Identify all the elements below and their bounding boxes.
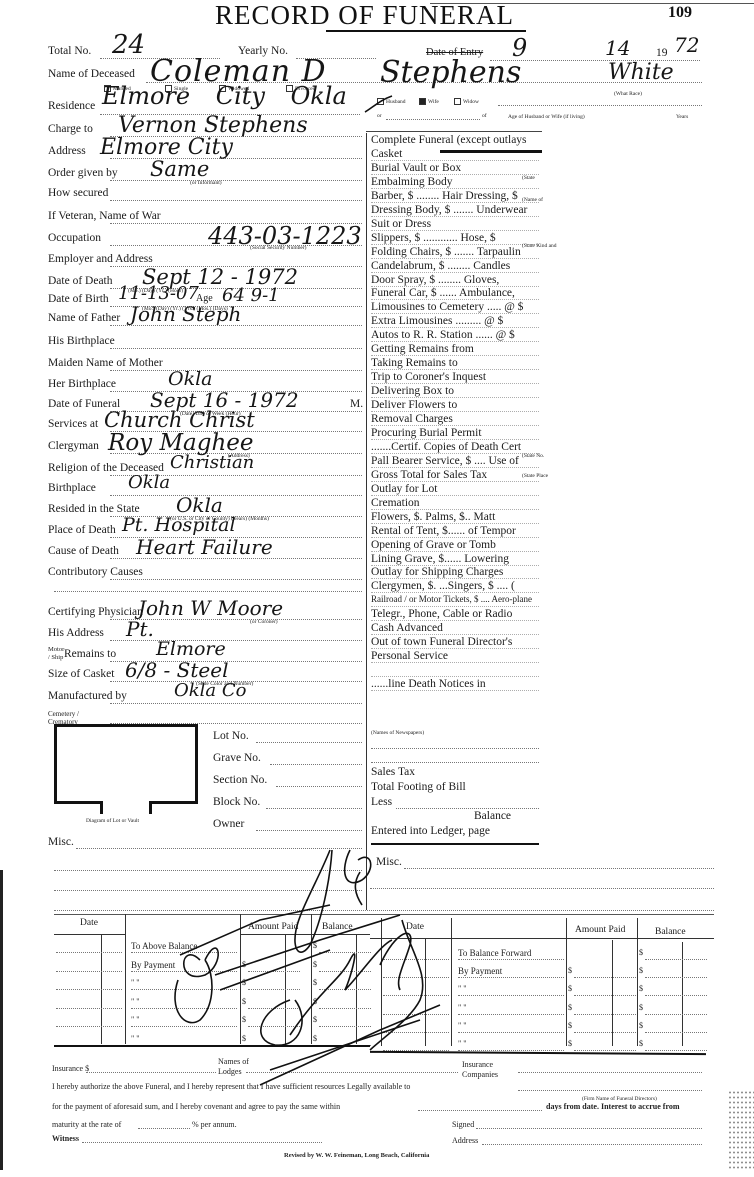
block-no-field[interactable] (266, 808, 362, 809)
ledger-amount-field[interactable] (319, 1026, 371, 1027)
field-value[interactable]: Pt. (126, 617, 154, 641)
lodges-field[interactable] (246, 1072, 458, 1073)
charge-item: Slippers, $ ............ Hose, $ (371, 232, 496, 244)
charge-item: Dressing Body, $ ....... Underwear (371, 204, 527, 216)
lot-diagram-edge (100, 801, 103, 814)
charge-item: Delivering Box to (371, 385, 454, 397)
ledger-date-field[interactable] (131, 1026, 237, 1027)
authorization-line-1: I hereby authorize the above Funeral, an… (52, 1082, 410, 1091)
misc-line[interactable] (54, 870, 362, 871)
owner-field[interactable] (256, 830, 362, 831)
field-line[interactable] (54, 591, 362, 592)
field-label: Services at (48, 418, 98, 430)
ledger-date-field[interactable] (56, 989, 122, 990)
ledger-amount-field[interactable] (574, 1050, 636, 1051)
ledger-amount-field[interactable] (319, 1008, 371, 1009)
charge-line[interactable] (371, 355, 539, 356)
currency-sign: $ (639, 948, 643, 957)
charge-item: Lining Grave, $...... Lowering (371, 553, 509, 565)
ledger-right-date-header: Date (406, 922, 424, 932)
field-label: Manufactured by (48, 690, 127, 702)
ledger-row-label: By Payment (458, 966, 502, 976)
companies-label: Insurance Companies (462, 1060, 522, 1080)
currency-sign: $ (639, 966, 643, 975)
ledger-date-field[interactable] (383, 1014, 449, 1015)
lodges-label: Names of Lodges (218, 1057, 258, 1077)
charge-item: Barber, $ ........ Hair Dressing, $ (371, 190, 518, 202)
charge-item: Railroad / or Motor Tickets, $ .... Aero… (371, 594, 532, 604)
lot-diagram (54, 724, 198, 804)
charge-line[interactable] (371, 495, 539, 496)
charge-line[interactable] (371, 202, 539, 203)
insurance-field[interactable] (86, 1072, 216, 1073)
charge-item: ......line Death Notices in (371, 678, 486, 690)
currency-sign: $ (313, 941, 317, 950)
charge-item: Personal Service (371, 650, 448, 662)
complete-funeral-underline (440, 150, 542, 153)
charge-item: Pall Bearer Service, $ .... Use of (371, 455, 519, 467)
field-line[interactable] (110, 703, 362, 704)
ledger-amount-field[interactable] (574, 995, 636, 996)
authorization-line-2: for the payment of aforesaid sum, and I … (52, 1102, 340, 1111)
ledger-date-field[interactable] (131, 952, 237, 953)
charge-line[interactable] (371, 425, 539, 426)
ledger-col (682, 942, 683, 1046)
field-line[interactable] (110, 495, 362, 496)
charge-item: Opening of Grave or Tomb (371, 539, 496, 551)
charge-item: Rental of Tent, $...... of Tempor (371, 525, 516, 537)
residence-value[interactable]: Elmore City Okla (102, 82, 347, 110)
ledger-top-rule (54, 914, 714, 915)
checkbox-checked[interactable] (419, 98, 426, 105)
spouse-age-caption: Age of Husband or Wife (if living) (508, 114, 585, 120)
charge-item: Outlay for Lot (371, 483, 437, 495)
witness-field[interactable] (82, 1142, 322, 1143)
authorization-line-3: days from date. Interest to accrue from (546, 1102, 680, 1111)
field-caption: (or Informant) (190, 180, 222, 186)
field-label: His Birthplace (48, 335, 115, 347)
ledger-bottom-rule (370, 1051, 706, 1055)
field-label: Her Birthplace (48, 378, 116, 390)
charge-item: Candelabrum, $ ........ Candles (371, 260, 510, 272)
charge-line[interactable] (371, 551, 539, 552)
field-label: Occupation (48, 232, 101, 244)
charge-item: Clergymen, $. ...Singers, $ .... ( (371, 580, 515, 592)
signed-field[interactable] (476, 1128, 702, 1129)
charge-line[interactable] (371, 634, 539, 635)
ledger-row-label: " " (131, 978, 140, 987)
charge-item: Burial Vault or Box (371, 162, 461, 174)
currency-sign: $ (313, 1034, 317, 1043)
field-label: Cause of Death (48, 545, 119, 557)
ledger-amount-field[interactable] (645, 1032, 707, 1033)
charge-item: Out of town Funeral Director's (371, 636, 512, 648)
ledger-row-label: " " (458, 984, 467, 993)
spouse-widow[interactable]: Widow (454, 96, 479, 105)
currency-sign: $ (313, 960, 317, 969)
field-value[interactable]: Same (150, 157, 209, 181)
authorization-line-4: maturity at the rate of (52, 1120, 121, 1129)
field-label: Maiden Name of Mother (48, 357, 163, 369)
ledger-date-field[interactable] (458, 1014, 564, 1015)
field-label: Charge to (48, 123, 93, 135)
panel-divider (366, 850, 367, 910)
charge-line[interactable] (371, 620, 539, 621)
currency-sign: $ (242, 1015, 246, 1024)
ledger-header-rule (370, 938, 714, 939)
name-label: Name of Deceased (48, 68, 135, 80)
charge-item: .......Certif. Copies of Death Cert (371, 441, 521, 453)
field-value[interactable]: Church Christ (104, 408, 255, 432)
ledger-amount-field[interactable] (645, 995, 707, 996)
ledger-row-label: By Payment (131, 960, 175, 970)
charge-line[interactable] (371, 369, 539, 370)
revised-by: Revised by W. W. Feineman, Long Beach, C… (284, 1152, 429, 1159)
ledger-amount-field[interactable] (248, 989, 300, 990)
field-label: Address (48, 145, 86, 157)
lot-no-label: Lot No. (213, 730, 249, 742)
ledger-col (425, 938, 426, 1046)
charge-caption: (State No. (522, 453, 544, 459)
charge-line[interactable] (371, 592, 539, 593)
charge-line[interactable] (371, 174, 539, 175)
field-label: Name of Father (48, 312, 120, 324)
charge-line[interactable] (371, 662, 539, 663)
charge-line[interactable] (371, 383, 539, 384)
ledger-amount-field[interactable] (248, 1026, 300, 1027)
spouse-wife[interactable]: Wife (419, 96, 439, 105)
balance-label: Balance (474, 810, 511, 822)
ledger-row-label: " " (131, 1034, 140, 1043)
charge-item: Trip to Coroner's Inquest (371, 371, 486, 383)
ledger-amount-field[interactable] (574, 1014, 636, 1015)
misc-line[interactable] (54, 890, 362, 891)
newspapers-caption: (Names of Newspapers) (371, 730, 424, 736)
field-label: Order given by (48, 167, 118, 179)
currency-sign: $ (242, 1034, 246, 1043)
charge-item: Door Spray, $ ........ Gloves, (371, 274, 499, 286)
charge-item: Removal Charges (371, 413, 453, 425)
field-line[interactable] (110, 579, 362, 580)
ledger-amount-field[interactable] (248, 1008, 300, 1009)
ledger-row-label: " " (458, 1021, 467, 1030)
misc-right-line[interactable] (370, 888, 714, 889)
page-number: 109 (668, 4, 692, 22)
companies-field[interactable] (518, 1072, 702, 1073)
field-value[interactable]: Christian (170, 452, 254, 473)
charge-line[interactable] (371, 467, 539, 468)
charge-line[interactable] (371, 160, 539, 161)
checkbox[interactable] (454, 98, 461, 105)
charge-line[interactable] (371, 341, 539, 342)
lot-no-field[interactable] (256, 742, 362, 743)
charge-item: Gross Total for Sales Tax (371, 469, 487, 481)
field-value[interactable]: Pt. Hospital (122, 514, 236, 536)
charge-caption: (Name of (522, 197, 543, 203)
less-label: Less (371, 796, 392, 808)
ledger-header-rule (240, 934, 370, 935)
ledger-date-field[interactable] (131, 1008, 237, 1009)
grave-no-label: Grave No. (213, 752, 261, 764)
grave-no-field[interactable] (270, 764, 362, 765)
ledger-right-balance-header: Balance (655, 927, 686, 937)
ledger-amount-field[interactable] (248, 971, 300, 972)
charge-item: Cash Advanced (371, 622, 443, 634)
ledger-row-label: " " (131, 997, 140, 1006)
spouse-of: of (482, 113, 487, 119)
currency-sign: $ (313, 997, 317, 1006)
charge-item: Autos to R. R. Station ...... @ $ (371, 329, 515, 341)
ledger-amount-field[interactable] (319, 971, 371, 972)
section-no-field[interactable] (276, 786, 362, 787)
ledger-date-field[interactable] (458, 995, 564, 996)
currency-sign: $ (639, 984, 643, 993)
ledger-row-label: To Above Balance (131, 941, 197, 951)
director-field[interactable] (518, 1090, 702, 1091)
address-label: Address (452, 1136, 478, 1145)
currency-sign: $ (568, 1003, 572, 1012)
total-footing-label: Total Footing of Bill (371, 781, 466, 793)
ledger-amount-field[interactable] (645, 959, 707, 960)
charge-line[interactable] (371, 453, 539, 454)
ledger-date-field[interactable] (383, 977, 449, 978)
ledger-date-field[interactable] (383, 959, 449, 960)
charge-line[interactable] (371, 272, 539, 273)
witness-label: Witness (52, 1134, 79, 1143)
entry-year[interactable]: 72 (674, 33, 699, 57)
days-field[interactable] (418, 1110, 542, 1111)
ledger-date-field[interactable] (458, 959, 564, 960)
ledger-page-label: Entered into Ledger, page (371, 825, 490, 837)
owner-label: Owner (213, 818, 244, 830)
ledger-date-field[interactable] (131, 989, 237, 990)
currency-sign: $ (313, 978, 317, 987)
charge-line[interactable] (371, 523, 539, 524)
less-line[interactable] (396, 808, 539, 809)
field-value[interactable]: 11-13-07 (118, 283, 199, 304)
charge-item: Deliver Flowers to (371, 399, 457, 411)
title-underline (326, 30, 526, 32)
charge-caption: (State (522, 175, 535, 181)
charge-line[interactable] (371, 258, 539, 259)
ledger-left-date-header: Date (80, 918, 98, 928)
charge-item: Funeral Car, $ ...... Ambulance, (371, 287, 515, 299)
field-line[interactable] (110, 180, 362, 181)
spouse-extra-line[interactable] (498, 105, 702, 106)
ledger-row-label: To Balance Forward (458, 948, 531, 958)
currency-sign: $ (639, 1021, 643, 1030)
ledger-rule (371, 843, 539, 845)
field-value[interactable]: John W Moore (138, 596, 283, 620)
field-value[interactable]: Okla (168, 368, 213, 390)
checkbox[interactable] (377, 98, 384, 105)
ledger-left-amount-header: Amount Paid (248, 922, 298, 932)
field-caption: (Social Security Number) (250, 245, 307, 251)
misc-label-right: Misc. (376, 856, 402, 868)
section-no-label: Section No. (213, 774, 267, 786)
race-caption: (What Race) (614, 91, 642, 97)
charge-line[interactable] (371, 690, 539, 691)
charge-line[interactable] (371, 648, 539, 649)
name-last[interactable]: Stephens (380, 55, 521, 90)
field-value[interactable]: Heart Failure (136, 535, 273, 559)
misc-line[interactable] (54, 910, 714, 911)
field-line[interactable] (110, 348, 362, 349)
field-label: Clergyman (48, 440, 99, 452)
misc-line[interactable] (76, 848, 362, 849)
lot-diagram-edge (149, 801, 152, 814)
charge-line[interactable] (371, 565, 539, 566)
newspaper-line[interactable] (371, 748, 539, 749)
charge-item: Telegr., Phone, Cable or Radio (371, 608, 512, 620)
spouse-name-line[interactable] (386, 119, 480, 120)
field-prefix: Motor / Ship (48, 646, 64, 662)
insurance-label: Insurance $ (52, 1064, 89, 1073)
field-label: Date of Birth (48, 293, 109, 305)
charge-item: Outlay for Shipping Charges (371, 566, 503, 578)
address-field[interactable] (482, 1144, 702, 1145)
ledger-date-field[interactable] (383, 1032, 449, 1033)
ledger-amount-field[interactable] (574, 1032, 636, 1033)
ledger-left-balance-header: Balance (322, 922, 353, 932)
ledger-amount-field[interactable] (319, 989, 371, 990)
ledger-date-field[interactable] (56, 1026, 122, 1027)
diagram-caption: Diagram of Lot or Vault (86, 818, 139, 824)
field-value[interactable]: 6/8 - Steel (125, 658, 228, 682)
charge-item: Limousines to Cemetery ..... @ $ (371, 301, 523, 313)
field-line[interactable] (110, 370, 362, 371)
sales-tax-label: Sales Tax (371, 766, 415, 778)
ledger-amount-field[interactable] (645, 1050, 707, 1051)
ledger-date-field[interactable] (56, 971, 122, 972)
signed-label: Signed (452, 1120, 474, 1129)
currency-sign: $ (568, 1039, 572, 1048)
ledger-row-label: " " (131, 1015, 140, 1024)
field-label: Employer and Address (48, 253, 153, 265)
ledger-amount-field[interactable] (574, 977, 636, 978)
charge-line[interactable] (371, 509, 539, 510)
ledger-amount-field[interactable] (645, 1014, 707, 1015)
ledger-col (612, 940, 613, 1046)
charge-item: Complete Funeral (except outlays (371, 134, 527, 146)
field-caption: (or Coroner) (250, 619, 278, 625)
charge-line[interactable] (371, 481, 539, 482)
total-no-label: Total No. (48, 45, 91, 57)
field-label: How secured (48, 187, 108, 199)
field-label: Place of Death (48, 524, 116, 536)
charge-line[interactable] (371, 230, 539, 231)
ledger-date-field[interactable] (131, 971, 237, 972)
field-value[interactable]: Okla Co (174, 680, 246, 701)
newspaper-line[interactable] (371, 762, 539, 763)
total-no-value[interactable]: 24 (112, 30, 145, 60)
charge-item: Procuring Burial Permit (371, 427, 482, 439)
charge-caption: (State Kind and (522, 243, 557, 249)
field-label: Contributory Causes (48, 566, 143, 578)
charge-line[interactable] (371, 411, 539, 412)
currency-sign: $ (639, 1039, 643, 1048)
block-no-label: Block No. (213, 796, 260, 808)
entry-day[interactable]: 14 (605, 36, 630, 60)
entry-year-prefix: 19 (656, 47, 668, 59)
field-value[interactable]: Elmore (156, 638, 226, 660)
ledger-date-field[interactable] (458, 977, 564, 978)
ledger-amount-field[interactable] (319, 952, 371, 953)
ledger-date-field[interactable] (458, 1032, 564, 1033)
charge-line[interactable] (371, 606, 539, 607)
ledger-bottom-rule (54, 1045, 370, 1047)
spouse-husband[interactable]: Husband (377, 96, 406, 105)
charge-line[interactable] (371, 397, 539, 398)
page-title: RECORD OF FUNERAL (215, 0, 514, 31)
field-label: Remains to (64, 648, 116, 660)
panel-top-line (366, 131, 542, 132)
ledger-row-label: " " (458, 1039, 467, 1048)
charge-item: Suit or Dress (371, 218, 431, 230)
field-line[interactable] (110, 200, 362, 201)
ledger-header-rule (54, 934, 126, 935)
currency-sign: $ (639, 1003, 643, 1012)
charge-line[interactable] (371, 439, 539, 440)
ledger-date-field[interactable] (56, 952, 122, 953)
spouse-or: or (377, 113, 382, 119)
currency-sign: $ (242, 997, 246, 1006)
scan-noise (728, 1090, 754, 1170)
residence-label: Residence (48, 100, 95, 112)
scan-edge (0, 870, 3, 1170)
lot-diagram-edge (54, 801, 103, 804)
misc-label-left: Misc. (48, 836, 74, 848)
charge-item: Embalming Body (371, 176, 452, 188)
currency-sign: $ (568, 984, 572, 993)
charge-line[interactable] (371, 244, 539, 245)
charge-item: Taking Remains to (371, 357, 458, 369)
rate-field[interactable] (138, 1128, 190, 1129)
charge-item: Flowers, $. Palms, $.. Matt (371, 511, 495, 523)
meridiem-label: M. (350, 398, 363, 410)
field-value[interactable]: John Steph (130, 302, 241, 326)
misc-right-line[interactable] (404, 868, 714, 869)
field-label: His Address (48, 627, 104, 639)
field-label: If Veteran, Name of War (48, 210, 161, 222)
currency-sign: $ (313, 1015, 317, 1024)
ledger-right-amount-header: Amount Paid (575, 925, 625, 935)
currency-sign: $ (242, 960, 246, 969)
field-value[interactable]: Okla (128, 472, 170, 493)
charge-item: Casket (371, 148, 402, 160)
charge-item: Folding Chairs, $ ....... Tarpaulin (371, 246, 521, 258)
percent-label: % per annum. (192, 1120, 237, 1129)
ledger-date-field[interactable] (383, 995, 449, 996)
field-label: Birthplace (48, 482, 96, 494)
ledger-row-label: " " (458, 1003, 467, 1012)
race-value[interactable]: White (608, 60, 674, 85)
charge-line[interactable] (371, 537, 539, 538)
charge-item: Getting Remains from (371, 343, 474, 355)
years-label: Years (676, 114, 688, 120)
currency-sign: $ (568, 966, 572, 975)
ledger-date-field[interactable] (56, 1008, 122, 1009)
charge-caption: (State Place (522, 473, 548, 479)
charge-line[interactable] (371, 188, 539, 189)
lot-diagram-edge (149, 801, 198, 804)
charge-item: Cremation (371, 497, 420, 509)
field-label: Size of Casket (48, 668, 114, 680)
charge-line[interactable] (371, 216, 539, 217)
charge-item: Extra Limousines ......... @ $ (371, 315, 503, 327)
charge-line[interactable] (371, 676, 539, 677)
ledger-amount-field[interactable] (645, 977, 707, 978)
